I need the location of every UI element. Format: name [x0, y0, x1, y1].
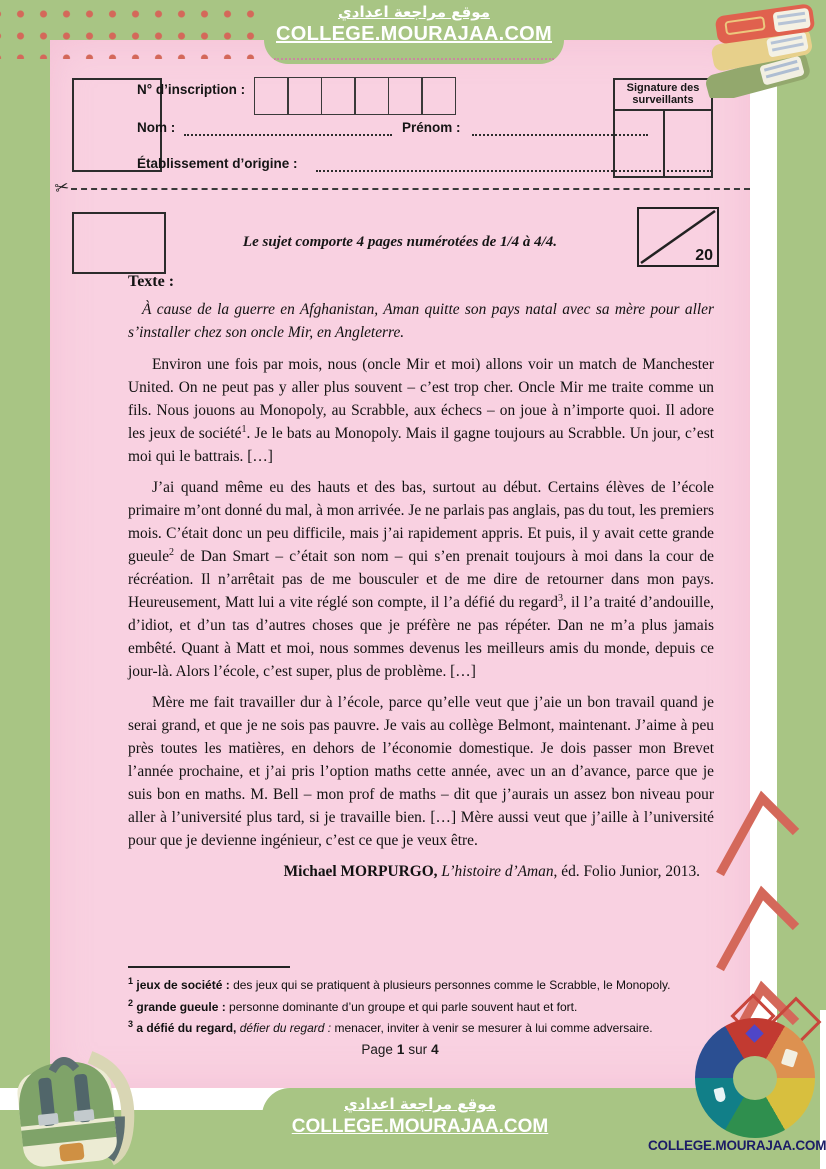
- score-total: 20: [695, 247, 713, 265]
- footer-domain-link[interactable]: COLLEGE.MOURAJAA.COM: [270, 1116, 570, 1138]
- inscription-cell[interactable]: [354, 77, 389, 115]
- inscription-cell[interactable]: [388, 77, 423, 115]
- inscription-cell[interactable]: [421, 77, 456, 115]
- nom-label: Nom :: [137, 120, 175, 135]
- scissors-icon: ✂: [53, 179, 70, 199]
- author-name: Michael MORPURGO,: [284, 863, 438, 880]
- footnote-3: 3 a défié du regard, défier du regard : …: [128, 1016, 720, 1038]
- stamp-box: [72, 212, 166, 274]
- edition-info: , éd. Folio Junior, 2013.: [554, 863, 700, 880]
- cut-line: ✂: [55, 180, 750, 197]
- source-credit: Michael MORPURGO, L’histoire d’Aman, éd.…: [128, 860, 714, 883]
- work-title: L’histoire d’Aman: [438, 863, 554, 880]
- graduation-cap-icon: [745, 1024, 763, 1042]
- books-stack-icon: [692, 2, 826, 98]
- footnote-2: 2 grande gueule : personne dominante d’u…: [128, 995, 720, 1017]
- paper-overlay: N° d’inscription : Nom : Prénom : Établi…: [50, 40, 750, 1090]
- site-footer: موقع مراجعة اعدادي COLLEGE.MOURAJAA.COM: [262, 1088, 748, 1169]
- texte-intro: À cause de la guerre en Afghanistan, Ama…: [128, 298, 714, 344]
- score-box: 20: [637, 207, 719, 267]
- inscription-cells[interactable]: [255, 77, 456, 115]
- signature-cells[interactable]: [615, 111, 711, 176]
- inscription-cell[interactable]: [254, 77, 289, 115]
- inscription-cell[interactable]: [287, 77, 322, 115]
- paragraph-1: Environ une fois par mois, nous (oncle M…: [128, 353, 714, 468]
- backpack-icon: [0, 1026, 146, 1169]
- footnote-1: 1 jeux de société : des jeux qui se prat…: [128, 973, 720, 995]
- paragraph-2: J’ai quand même eu des hauts et des bas,…: [128, 476, 714, 683]
- footnote-separator: [128, 966, 290, 968]
- page-number: Page1sur4: [50, 1042, 750, 1057]
- footnotes-section: 1 jeux de société : des jeux qui se prat…: [128, 966, 720, 1038]
- logo-domain-text[interactable]: COLLEGE.MOURAJAA.COM: [648, 1138, 826, 1153]
- header-dotted-line: [274, 58, 554, 60]
- notepad-icon: [781, 1048, 798, 1067]
- inscription-cell[interactable]: [321, 77, 356, 115]
- nom-field[interactable]: [184, 122, 392, 136]
- texte-section: Texte : À cause de la guerre en Afghanis…: [128, 270, 714, 883]
- texte-heading: Texte :: [128, 270, 714, 293]
- inscription-label: N° d’inscription :: [137, 82, 245, 97]
- college-logo-icon: [695, 1018, 815, 1138]
- signature-divider: [663, 111, 665, 176]
- dashed-cut-line: [71, 188, 750, 190]
- flask-icon: [713, 1087, 726, 1103]
- subject-notice: Le sujet comporte 4 pages numérotées de …: [200, 234, 600, 251]
- etablissement-label: Établissement d’origine :: [137, 156, 298, 171]
- prenom-label: Prénom :: [402, 120, 461, 135]
- header-domain-link[interactable]: COLLEGE.MOURAJAA.COM: [264, 23, 564, 46]
- header-arabic-link[interactable]: موقع مراجعة اعدادي: [338, 3, 490, 21]
- footer-arabic-link[interactable]: موقع مراجعة اعدادي: [344, 1095, 496, 1113]
- paragraph-3: Mère me fait travailler dur à l’école, p…: [128, 691, 714, 852]
- site-header: موقع مراجعة اعدادي COLLEGE.MOURAJAA.COM: [264, 0, 564, 64]
